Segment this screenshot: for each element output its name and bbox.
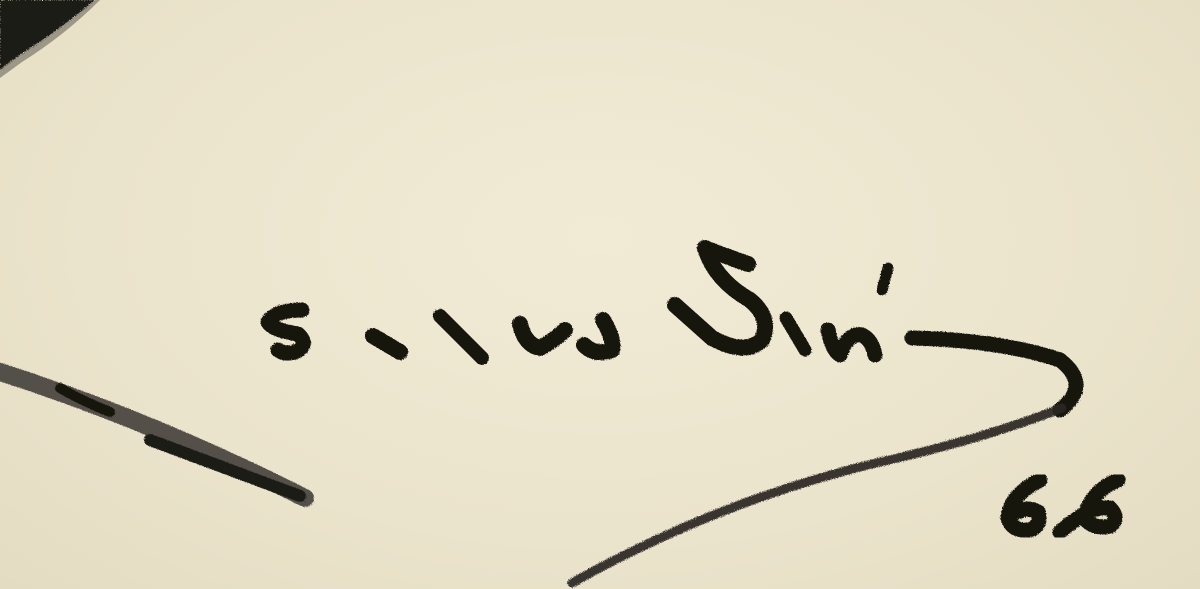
signature-artwork [0,0,1200,589]
signature [268,248,1076,410]
left-charcoal-stroke [0,372,305,498]
date-66 [1008,480,1118,532]
paper-background: S. ilvo Sinó 66 [0,0,1200,589]
signature-flourish [572,408,1062,583]
